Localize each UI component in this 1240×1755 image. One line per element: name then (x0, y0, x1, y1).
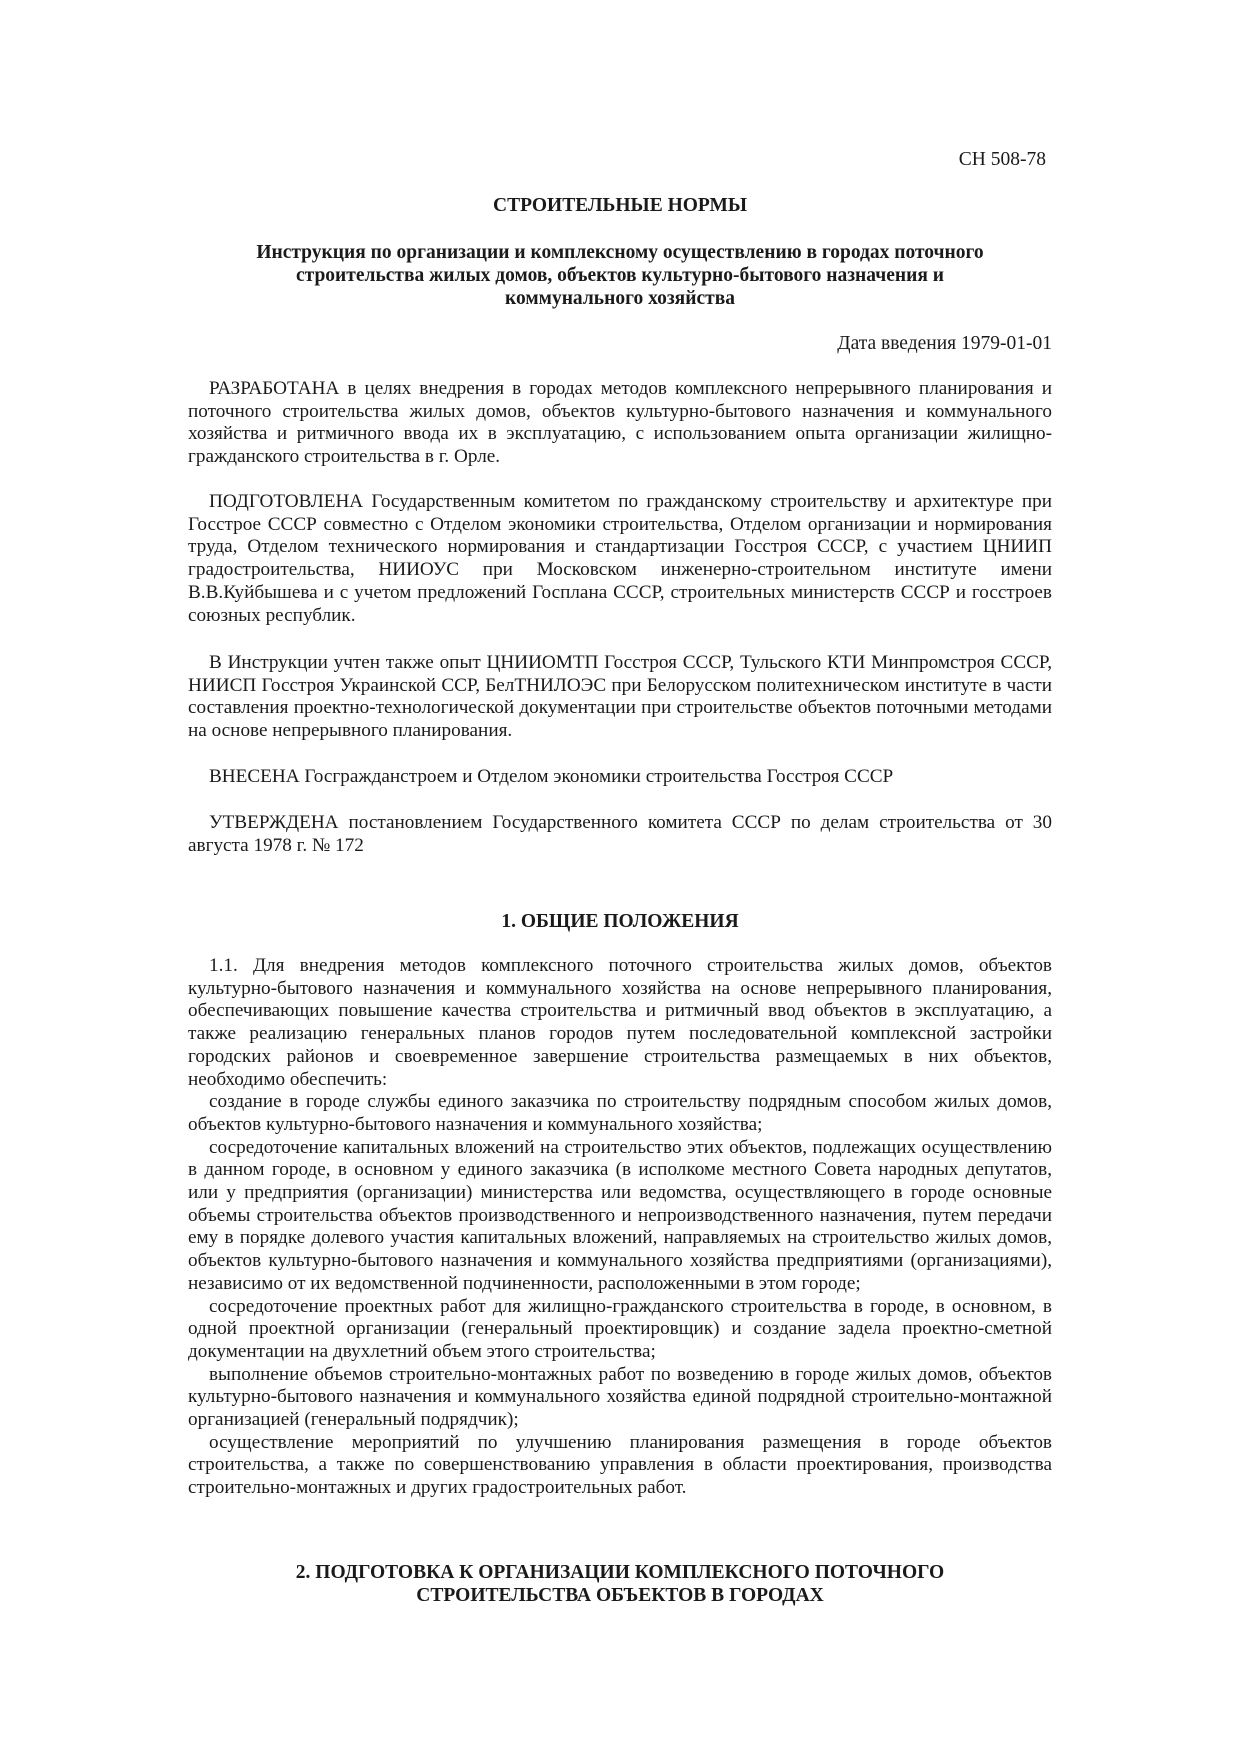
section-1-body: 1.1. Для внедрения методов комплексного … (188, 955, 1052, 1500)
clause-1-1-item-design-work: сосредоточение проектных работ для жилищ… (188, 1296, 1052, 1364)
front-matter-prepared: ПОДГОТОВЛЕНА Государственным комитетом п… (188, 491, 1052, 627)
clause-1-1-item-construction-work: выполнение объемов строительно-монтажных… (188, 1364, 1052, 1432)
document-code: СН 508-78 (959, 148, 1046, 172)
clause-1-1-item-capital-investment: сосредоточение капитальных вложений на с… (188, 1137, 1052, 1296)
section-1-heading: 1. ОБЩИЕ ПОЛОЖЕНИЯ (0, 910, 1240, 933)
document-subtitle: Инструкция по организации и комплексному… (250, 241, 990, 310)
introduction-date: Дата введения 1979-01-01 (837, 332, 1052, 356)
front-matter-experience: В Инструкции учтен также опыт ЦНИИОМТП Г… (188, 652, 1052, 743)
section-2-heading: 2. ПОДГОТОВКА К ОРГАНИЗАЦИИ КОМПЛЕКСНОГО… (0, 1561, 1240, 1607)
document-type-title: СТРОИТЕЛЬНЫЕ НОРМЫ (0, 194, 1240, 218)
document-page: СН 508-78 СТРОИТЕЛЬНЫЕ НОРМЫ Инструкция … (0, 0, 1240, 1755)
section-2-heading-line-1: 2. ПОДГОТОВКА К ОРГАНИЗАЦИИ КОМПЛЕКСНОГО… (0, 1561, 1240, 1584)
clause-1-1-item-planning-measures: осуществление мероприятий по улучшению п… (188, 1432, 1052, 1500)
front-matter-developed: РАЗРАБОТАНА в целях внедрения в городах … (188, 378, 1052, 469)
clause-1-1-item-customer-service: создание в городе службы единого заказчи… (188, 1091, 1052, 1136)
clause-1-1: 1.1. Для внедрения методов комплексного … (188, 955, 1052, 1091)
front-matter-approved: УТВЕРЖДЕНА постановлением Государственно… (188, 812, 1052, 857)
section-2-heading-line-2: СТРОИТЕЛЬСТВА ОБЪЕКТОВ В ГОРОДАХ (0, 1584, 1240, 1607)
front-matter-submitted: ВНЕСЕНА Госгражданстроем и Отделом эконо… (188, 766, 1052, 789)
